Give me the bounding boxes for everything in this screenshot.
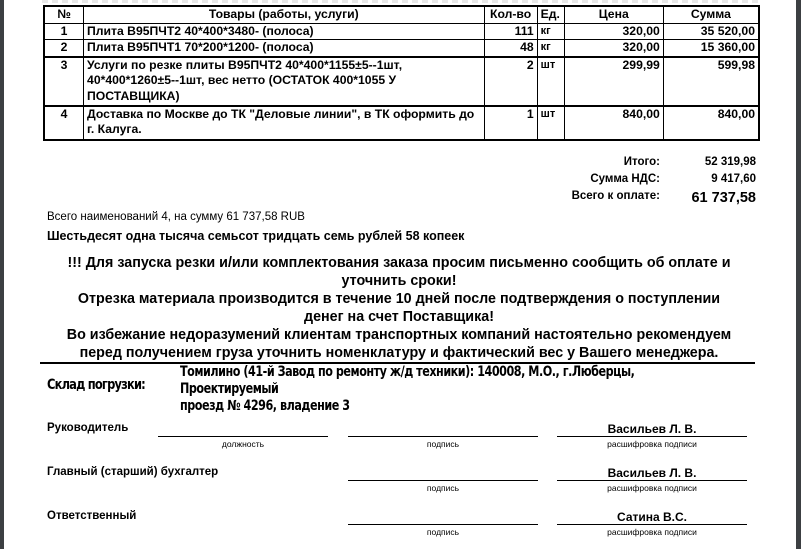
row-qty: 1 bbox=[484, 106, 537, 140]
cropped-header-text bbox=[42, 0, 762, 3]
warehouse-address-line: проезд № 4296, владение 3 bbox=[180, 398, 724, 415]
table-header-row: № Товары (работы, услуги) Кол-во Ед. Цен… bbox=[44, 6, 759, 23]
row-name: Услуги по резке плиты В95ПЧТ2 40*400*115… bbox=[84, 57, 485, 106]
signer-name: Васильев Л. В. bbox=[557, 466, 747, 480]
notice-line: !!! Для запуска резки и/или комплектован… bbox=[40, 254, 758, 272]
invoice-items-table: № Товары (работы, услуги) Кол-во Ед. Цен… bbox=[43, 5, 760, 141]
signature-title: Ответственный bbox=[47, 510, 136, 522]
amount-in-words: Шестьдесят одна тысяча семьсот тридцать … bbox=[47, 229, 464, 243]
notice-line: Во избежание недоразумений клиентам тран… bbox=[40, 326, 758, 344]
row-price: 299,99 bbox=[564, 57, 663, 106]
signature-caption: подпись bbox=[348, 527, 538, 537]
warehouse-label: Склад погрузки: bbox=[47, 377, 145, 393]
notice-block: !!! Для запуска резки и/или комплектован… bbox=[40, 254, 758, 362]
name-caption: расшифровка подписи bbox=[557, 527, 747, 537]
signer-name: Сатина В.С. bbox=[557, 510, 747, 524]
row-sum: 599,98 bbox=[663, 57, 759, 106]
total-label: Всего к оплате: bbox=[540, 190, 660, 207]
name-line bbox=[557, 524, 747, 525]
name-caption: расшифровка подписи bbox=[557, 439, 747, 449]
items-count-summary: Всего наименований 4, на сумму 61 737,58… bbox=[47, 211, 305, 223]
notice-line: денег на счет Поставщика! bbox=[40, 308, 758, 326]
vat-label: Сумма НДС: bbox=[540, 173, 660, 190]
table-row: 3 Услуги по резке плиты В95ПЧТ2 40*400*1… bbox=[44, 57, 759, 106]
row-num: 1 bbox=[44, 23, 84, 40]
table-row: 4 Доставка по Москве до ТК "Деловые лини… bbox=[44, 106, 759, 140]
signature-line bbox=[348, 480, 538, 481]
header-price: Цена bbox=[564, 6, 663, 23]
row-sum: 15 360,00 bbox=[663, 40, 759, 57]
signature-row-responsible: Ответственный подпись Сатина В.С. расшиф… bbox=[0, 510, 801, 540]
signature-line bbox=[348, 524, 538, 525]
row-qty: 2 bbox=[484, 57, 537, 106]
row-unit: шт bbox=[537, 57, 564, 106]
signature-caption: подпись bbox=[348, 439, 538, 449]
totals-block: Итого: 52 319,98 Сумма НДС: 9 417,60 Все… bbox=[540, 156, 756, 207]
notice-line: перед получением груза уточнить номенкла… bbox=[40, 344, 758, 362]
table-row: 1 Плита В95ПЧТ2 40*400*3480- (полоса) 11… bbox=[44, 23, 759, 40]
header-name: Товары (работы, услуги) bbox=[84, 6, 485, 23]
signature-title: Главный (старший) бухгалтер bbox=[47, 466, 218, 478]
subtotal-label: Итого: bbox=[540, 156, 660, 173]
row-qty: 48 bbox=[484, 40, 537, 57]
row-price: 320,00 bbox=[564, 40, 663, 57]
vat-value: 9 417,60 bbox=[666, 173, 756, 190]
position-line bbox=[158, 436, 328, 437]
header-sum: Сумма bbox=[663, 6, 759, 23]
name-line bbox=[557, 436, 747, 437]
warehouse-address: Томилино (41-й Завод по ремонту ж/д техн… bbox=[180, 364, 724, 415]
total-value: 61 737,58 bbox=[666, 190, 756, 207]
row-unit: кг bbox=[537, 23, 564, 40]
name-caption: расшифровка подписи bbox=[557, 483, 747, 493]
row-num: 2 bbox=[44, 40, 84, 57]
subtotal-row: Итого: 52 319,98 bbox=[540, 156, 756, 173]
signature-title: Руководитель bbox=[47, 422, 128, 434]
total-row: Всего к оплате: 61 737,58 bbox=[540, 190, 756, 207]
row-sum: 35 520,00 bbox=[663, 23, 759, 40]
row-sum: 840,00 bbox=[663, 106, 759, 140]
row-name: Плита В95ПЧТ2 40*400*3480- (полоса) bbox=[84, 23, 485, 40]
warehouse-address-line: Томилино (41-й Завод по ремонту ж/д техн… bbox=[180, 364, 724, 398]
table-row: 2 Плита В95ПЧТ1 70*200*1200- (полоса) 48… bbox=[44, 40, 759, 57]
row-unit: шт bbox=[537, 106, 564, 140]
signature-line bbox=[348, 436, 538, 437]
header-qty: Кол-во bbox=[484, 6, 537, 23]
position-caption: должность bbox=[158, 439, 328, 449]
notice-line: уточнить сроки! bbox=[40, 272, 758, 290]
row-num: 3 bbox=[44, 57, 84, 106]
vat-row: Сумма НДС: 9 417,60 bbox=[540, 173, 756, 190]
signature-caption: подпись bbox=[348, 483, 538, 493]
row-price: 840,00 bbox=[564, 106, 663, 140]
signature-row-director: Руководитель должность подпись Васильев … bbox=[0, 422, 801, 452]
row-price: 320,00 bbox=[564, 23, 663, 40]
subtotal-value: 52 319,98 bbox=[666, 156, 756, 173]
signer-name: Васильев Л. В. bbox=[557, 422, 747, 436]
row-unit: кг bbox=[537, 40, 564, 57]
row-name: Плита В95ПЧТ1 70*200*1200- (полоса) bbox=[84, 40, 485, 57]
name-line bbox=[557, 480, 747, 481]
notice-line: Отрезка материала производится в течение… bbox=[40, 290, 758, 308]
header-num: № bbox=[44, 6, 84, 23]
signature-row-accountant: Главный (старший) бухгалтер подпись Васи… bbox=[0, 466, 801, 496]
header-unit: Ед. bbox=[537, 6, 564, 23]
row-num: 4 bbox=[44, 106, 84, 140]
row-name: Доставка по Москве до ТК "Деловые линии"… bbox=[84, 106, 485, 140]
row-qty: 111 bbox=[484, 23, 537, 40]
